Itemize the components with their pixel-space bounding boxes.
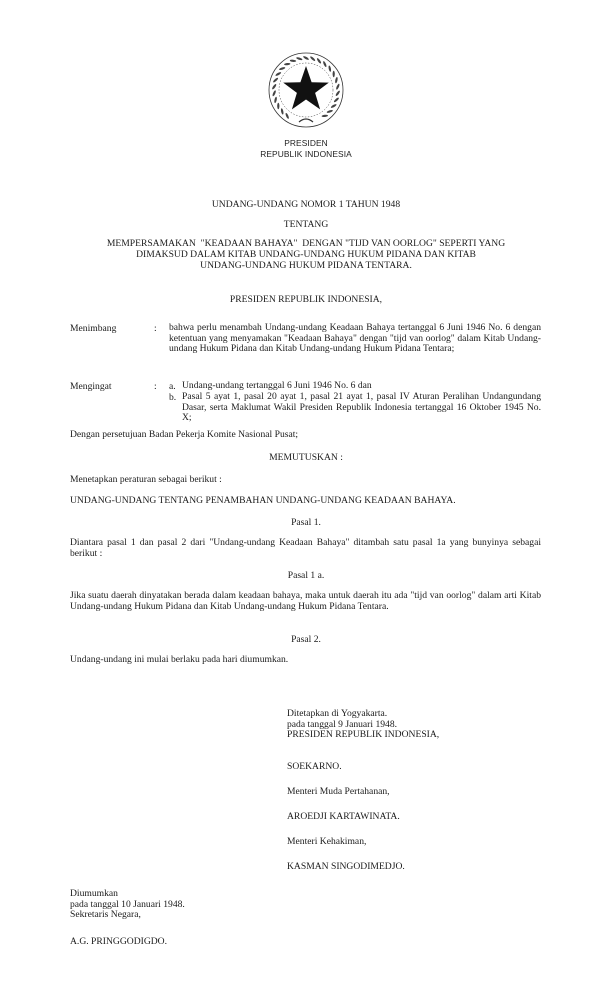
considerations-colon: : bbox=[154, 323, 157, 334]
law-title-text: UNDANG-UNDANG TENTANG PENAMBAHAN UNDANG-… bbox=[70, 496, 541, 507]
article-heading: Pasal 1 a. bbox=[0, 570, 612, 581]
promulgation-line: Diumumkan bbox=[70, 889, 185, 900]
subject-line: UNDANG-UNDANG HUKUM PIDANA TENTARA. bbox=[0, 260, 612, 271]
law-about: TENTANG bbox=[0, 219, 612, 230]
recital-item-text: Pasal 5 ayat 1, pasal 20 ayat 1, pasal 2… bbox=[182, 392, 541, 424]
recitals-label: Mengingat bbox=[70, 381, 150, 392]
article-text: Diantara pasal 1 dan pasal 2 dari "Undan… bbox=[70, 538, 541, 559]
promulgation-line: Sekretaris Negara, bbox=[70, 910, 185, 921]
article-text: Jika suatu daerah dinyatakan berada dala… bbox=[70, 591, 541, 612]
header-office: PRESIDEN REPUBLIK INDONESIA bbox=[0, 138, 612, 159]
header-line-republic: REPUBLIK INDONESIA bbox=[0, 149, 612, 160]
president-name: SOEKARNO. bbox=[287, 762, 342, 773]
law-subject: MEMPERSAMAKAN "KEADAAN BAHAYA" DENGAN "T… bbox=[0, 238, 612, 271]
recital-item-text: Undang-undang tertanggal 6 Juni 1946 No.… bbox=[182, 381, 541, 392]
enactment-office: PRESIDEN REPUBLIK INDONESIA, bbox=[287, 730, 439, 741]
considerations-text: bahwa perlu menambah Undang-undang Keada… bbox=[169, 323, 541, 355]
minister2-title: Menteri Kehakiman, bbox=[287, 837, 366, 848]
minister1-title: Menteri Muda Pertahanan, bbox=[287, 787, 390, 798]
secretary-name: A.G. PRINGGODIGDO. bbox=[70, 937, 167, 948]
minister2-name: KASMAN SINGODIMEDJO. bbox=[287, 862, 405, 873]
decision-heading: MEMUTUSKAN : bbox=[0, 452, 612, 463]
issuer: PRESIDEN REPUBLIK INDONESIA, bbox=[0, 294, 612, 305]
promulgation-block: Diumumkan pada tanggal 10 Januari 1948. … bbox=[70, 889, 185, 921]
article-text: Undang-undang ini mulai berlaku pada har… bbox=[70, 655, 541, 666]
header-line-president: PRESIDEN bbox=[0, 138, 612, 149]
recital-item-letter: b. bbox=[169, 392, 176, 403]
law-number: UNDANG-UNDANG NOMOR 1 TAHUN 1948 bbox=[0, 199, 612, 210]
recitals-colon: : bbox=[154, 381, 157, 392]
enactment-place: Ditetapkan di Yogyakarta. bbox=[287, 709, 439, 720]
recital-item-letter: a. bbox=[169, 381, 176, 392]
minister1-name: AROEDJI KARTAWINATA. bbox=[287, 812, 400, 823]
subject-line: MEMPERSAMAKAN "KEADAAN BAHAYA" DENGAN "T… bbox=[0, 238, 612, 249]
presidential-emblem-icon bbox=[266, 50, 346, 130]
subject-line: DIMAKSUD DALAM KITAB UNDANG-UNDANG HUKUM… bbox=[0, 249, 612, 260]
approval-text: Dengan persetujuan Badan Pekerja Komite … bbox=[70, 430, 541, 441]
article-heading: Pasal 2. bbox=[0, 634, 612, 645]
enactment-block: Ditetapkan di Yogyakarta. pada tanggal 9… bbox=[287, 709, 439, 741]
establish-text: Menetapkan peraturan sebagai berikut : bbox=[70, 475, 541, 486]
considerations-label: Menimbang bbox=[70, 323, 150, 334]
article-heading: Pasal 1. bbox=[0, 517, 612, 528]
